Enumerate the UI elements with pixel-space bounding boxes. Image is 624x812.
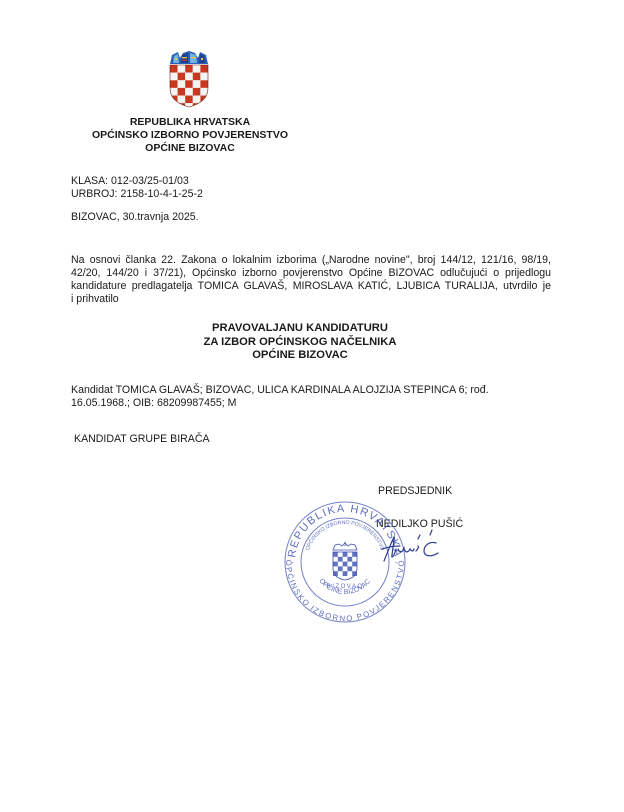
paragraph-line: kandidature predlagatelja TOMICA GLAVAŠ,… [71,280,551,293]
svg-text:BIZOVAC: BIZOVAC [327,584,363,590]
place-and-date: BIZOVAC, 30.travnja 2025. [71,211,199,224]
candidate-details-line-1: Kandidat TOMICA GLAVAŠ; BIZOVAC, ULICA K… [71,384,489,397]
svg-text:-: - [291,558,294,567]
candidate-group: KANDIDAT GRUPE BIRAČA [74,433,210,446]
urbroj-number: URBROJ: 2158-10-4-1-25-2 [71,188,203,201]
croatian-coat-of-arms-icon [167,50,211,108]
header-line: REPUBLIKA HRVATSKA [60,116,320,129]
klasa-number: KLASA: 012-03/25-01/03 [71,175,189,188]
header-line: OPĆINSKO IZBORNO POVJERENSTVO [60,129,320,142]
title-line: ZA IZBOR OPĆINSKOG NAČELNIKA [170,336,430,350]
decision-title: PRAVOVALJANU KANDIDATURU ZA IZBOR OPĆINS… [170,322,430,363]
paragraph-line: i prihvatilo [71,293,551,306]
issuer-header: REPUBLIKA HRVATSKA OPĆINSKO IZBORNO POVJ… [60,116,320,155]
paragraph-line: 42/20, 144/20 i 37/21), Općinsko izborno… [71,267,551,280]
header-line: OPĆINE BIZOVAC [60,142,320,155]
handwritten-signature [380,527,442,565]
title-line: PRAVOVALJANU KANDIDATURU [170,322,430,336]
candidate-details-line-2: 16.05.1968.; OIB: 68209987455; M [71,397,237,410]
paragraph-line: Na osnovi članka 22. Zakona o lokalnim i… [71,254,551,267]
signatory-role: PREDSJEDNIK [378,485,452,498]
title-line: OPĆINE BIZOVAC [170,349,430,363]
legal-basis-paragraph: Na osnovi članka 22. Zakona o lokalnim i… [71,254,551,306]
